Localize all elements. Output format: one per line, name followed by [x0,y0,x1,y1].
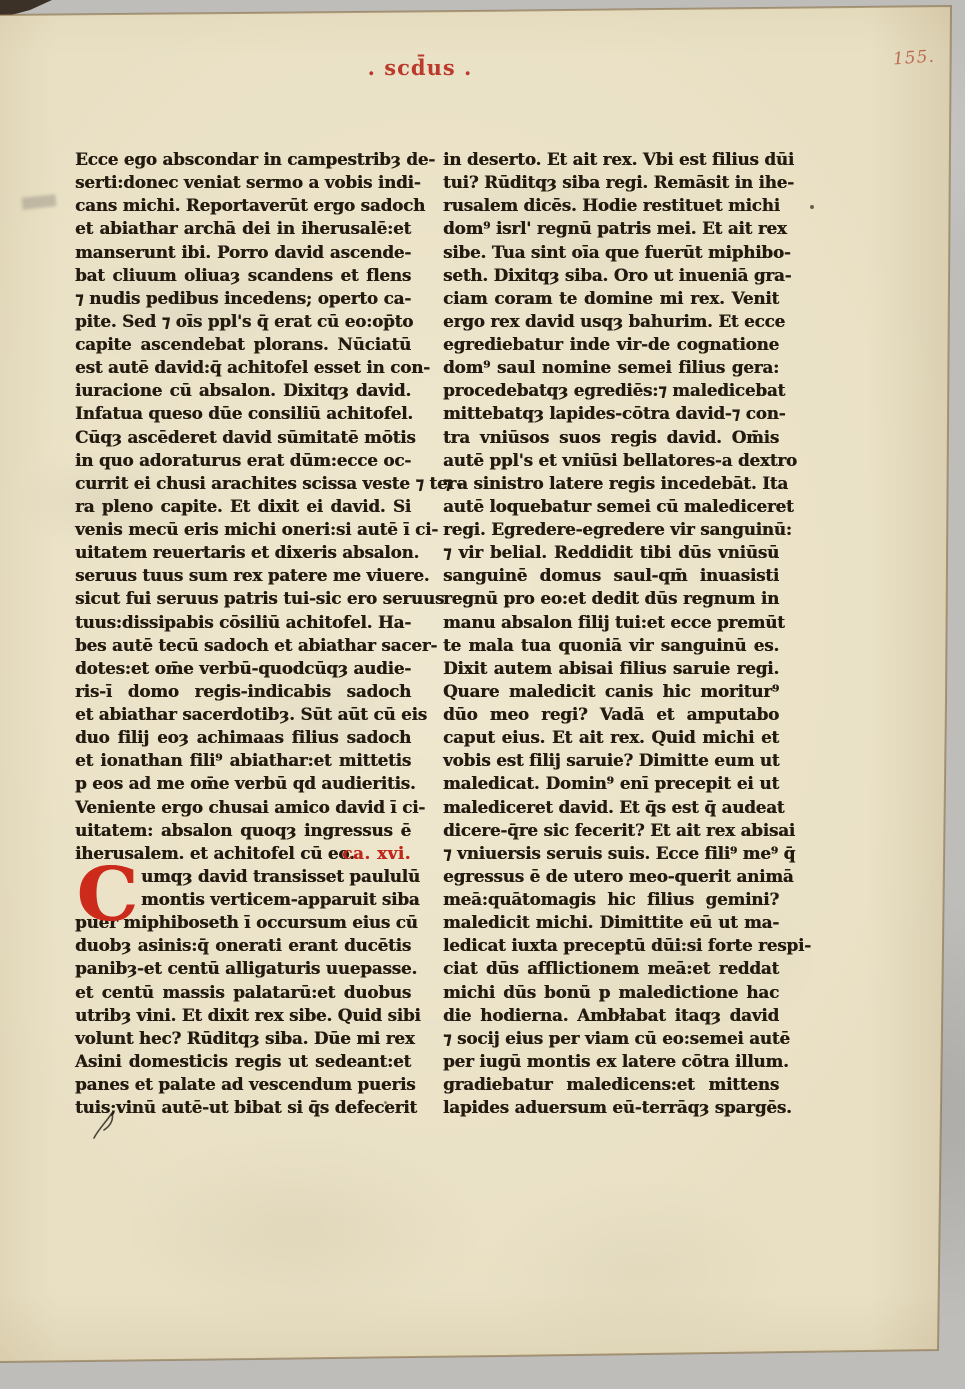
text-line: egrediebatur inde vir-de cognatione [443,333,779,356]
ink-flourish [92,1112,132,1140]
text-line: ergo rex david usqȝ bahurim. Et ecce [443,310,779,333]
ink-speck [384,1101,387,1104]
text-line: manserunt ibi. Porro david ascende- [75,241,411,264]
text-line: autē loquebatur semei cū malediceret [443,495,779,518]
text-line: ⁊ vir belial. Reddidit tibi dūs vniūsū [443,541,779,564]
text-line: regnū pro eo:et dedit dūs regnum in [443,587,779,610]
text-line: capite ascendebat plorans. Nūciatū [75,333,411,356]
text-line: Cūqȝ ascēderet david sūmitatē mōtis [75,426,411,449]
text-line: Quare maledicit canis hic moritur⁹ [443,680,779,703]
text-line: ciat dūs afflictionem meā:et reddat [443,957,779,980]
text-line: dotes:et om̄e verbū-quodcūqȝ audie- [75,657,411,680]
folio-number: 155. [892,47,935,70]
text-line: die hodierna. Ambłabat itaqȝ david [443,1004,779,1027]
text-line: ra pleno capite. Et dixit ei david. Si [75,495,411,518]
text-line: mittebatqȝ lapides-cōtra david-⁊ con- [443,402,779,425]
text-line: autē ppl's et vniūsi bellatores-a dextro [443,449,779,472]
text-line: ⁊ vniuersis seruis suis. Ecce fili⁹ me⁹ … [443,842,779,865]
drop-cap-initial: C [77,864,139,926]
left-column: ca. xvi. C Ecce ego abscondar in campest… [75,148,411,1120]
text-line: in deserto. Et ait rex. Vbi est filius d… [443,148,779,171]
parchment-page: . scd̄us . 155. ca. xvi. C Ecce ego absc… [0,0,965,1389]
text-line: uitatem: absalon quoqȝ ingressus ē [75,819,411,842]
chapter-marker: ca. xvi. [342,842,411,865]
text-line: serti:donec veniat sermo a vobis indi- [75,171,411,194]
text-line: procedebatqȝ egrediēs:⁊ maledicebat [443,379,779,402]
text-line: egressus ē de utero meo-querit animā [443,865,779,888]
text-line: currit ei chusi arachites scissa veste ⁊… [75,472,411,495]
text-line: et abiathar archā dei in iherusalē:et [75,217,411,240]
text-line: et centū massis palatarū:et duobus [75,981,411,1004]
text-line: dom⁹ saul nomine semei filius gera: [443,356,779,379]
text-line: rusalem dicēs. Hodie restituet michi [443,194,779,217]
text-line: dom⁹ isrl' regnū patris mei. Et ait rex [443,217,779,240]
text-line: ciam coram te domine mi rex. Venit [443,287,779,310]
text-line: venis mecū eris michi oneri:si autē ī ci… [75,518,411,541]
text-line: ⁊ nudis pedibus incedens; operto ca- [75,287,411,310]
text-line: Infatua queso dūe consiliū achitofel. [75,402,411,425]
text-line: maledicat. Domin⁹ enī precepit ei ut [443,772,779,795]
text-line: sibe. Tua sint oīa que fuerūt miphibo- [443,241,779,264]
scanned-manuscript: { "page": { "running_title": ". scd\u030… [0,0,965,1389]
text-line: vobis est filij saruie? Dimitte eum ut [443,749,779,772]
text-line: et abiathar sacerdotibȝ. Sūt aūt cū eis [75,703,411,726]
text-line: duo filij eoȝ achimaas filius sadoch [75,726,411,749]
text-line: regi. Egredere-egredere vir sanguinū: [443,518,779,541]
text-line: bes autē tecū sadoch et abiathar sacer- [75,634,411,657]
text-line: p eos ad me om̄e verbū qd audieritis. [75,772,411,795]
text-line: Ecce ego abscondar in campestribȝ de- [75,148,411,171]
ink-speck [810,205,814,209]
text-line: michi dūs bonū p maledictione hac [443,981,779,1004]
text-line: tra vniūsos suos regis david. Om̄is [443,426,779,449]
text-line: panes et palate ad vescendum pueris [75,1073,411,1096]
text-line: Dixit autem abisai filius saruie regi. [443,657,779,680]
text-line: per iugū montis ex latere cōtra illum. [443,1050,779,1073]
text-line: seth. Dixitqȝ siba. Oro ut inueniā gra- [443,264,779,287]
text-line: caput eius. Et ait rex. Quid michi et [443,726,779,749]
text-line: gradiebatur maledicens:et mittens [443,1073,779,1096]
text-line: pite. Sed ⁊ oīs ppl's q̄ erat cū eo:op̄t… [75,310,411,333]
running-title: . scd̄us . [365,55,475,80]
text-line: et ionathan fili⁹ abiathar:et mittetis [75,749,411,772]
text-line: bat cliuum oliuaȝ scandens et flens [75,264,411,287]
text-line: panibȝ-et centū alligaturis uuepasse. [75,957,411,980]
text-line: sicut fui seruus patris tui-sic ero seru… [75,587,411,610]
text-line: in quo adoraturus erat dūm:ecce oc- [75,449,411,472]
text-line: utribȝ vini. Et dixit rex sibe. Quid sib… [75,1004,411,1027]
right-column: in deserto. Et ait rex. Vbi est filius d… [443,148,779,1120]
text-line: dicere-q̄re sic fecerit? Et ait rex abis… [443,819,779,842]
text-line: uitatem reuertaris et dixeris absalon. [75,541,411,564]
text-line: maledicit michi. Dimittite eū ut ma- [443,911,779,934]
text-line: iuracione cū absalon. Dixitqȝ david. [75,379,411,402]
text-line: Asini domesticis regis ut sedeant:et [75,1050,411,1073]
text-line: malediceret david. Et q̄s est q̄ audeat [443,796,779,819]
text-line: meā:quātomagis hic filius gemini? [443,888,779,911]
margin-pencil-smudge [21,194,56,209]
text-line: est autē david:q̄ achitofel esset in con… [75,356,411,379]
text-line: sanguinē domus saul-qm̄ inuasisti [443,564,779,587]
text-line: lapides aduersum eū-terrāqȝ spargēs. [443,1096,779,1119]
text-line: dūo meo regi? Vadā et amputabo [443,703,779,726]
text-line: manu absalon filij tui:et ecce premūt [443,611,779,634]
text-line: ledicat iuxta preceptū dūi:si forte resp… [443,934,779,957]
text-line: tuus:dissipabis cōsiliū achitofel. Ha- [75,611,411,634]
text-line: tui? Rūditqȝ siba regi. Remāsit in ihe- [443,171,779,194]
text-line: ris-ī domo regis-indicabis sadoch [75,680,411,703]
text-line: cans michi. Reportaverūt ergo sadoch [75,194,411,217]
text-line: volunt hec? Rūditqȝ siba. Dūe mi rex [75,1027,411,1050]
text-line: ⁊ socij eius per viam cū eo:semei autē [443,1027,779,1050]
text-line: Veniente ergo chusai amico david ī ci- [75,796,411,819]
text-line: seruus tuus sum rex patere me viuere. [75,564,411,587]
text-line: ⁊ a sinistro latere regis incedebāt. Ita [443,472,779,495]
text-line: te mala tua quoniā vir sanguinū es. [443,634,779,657]
